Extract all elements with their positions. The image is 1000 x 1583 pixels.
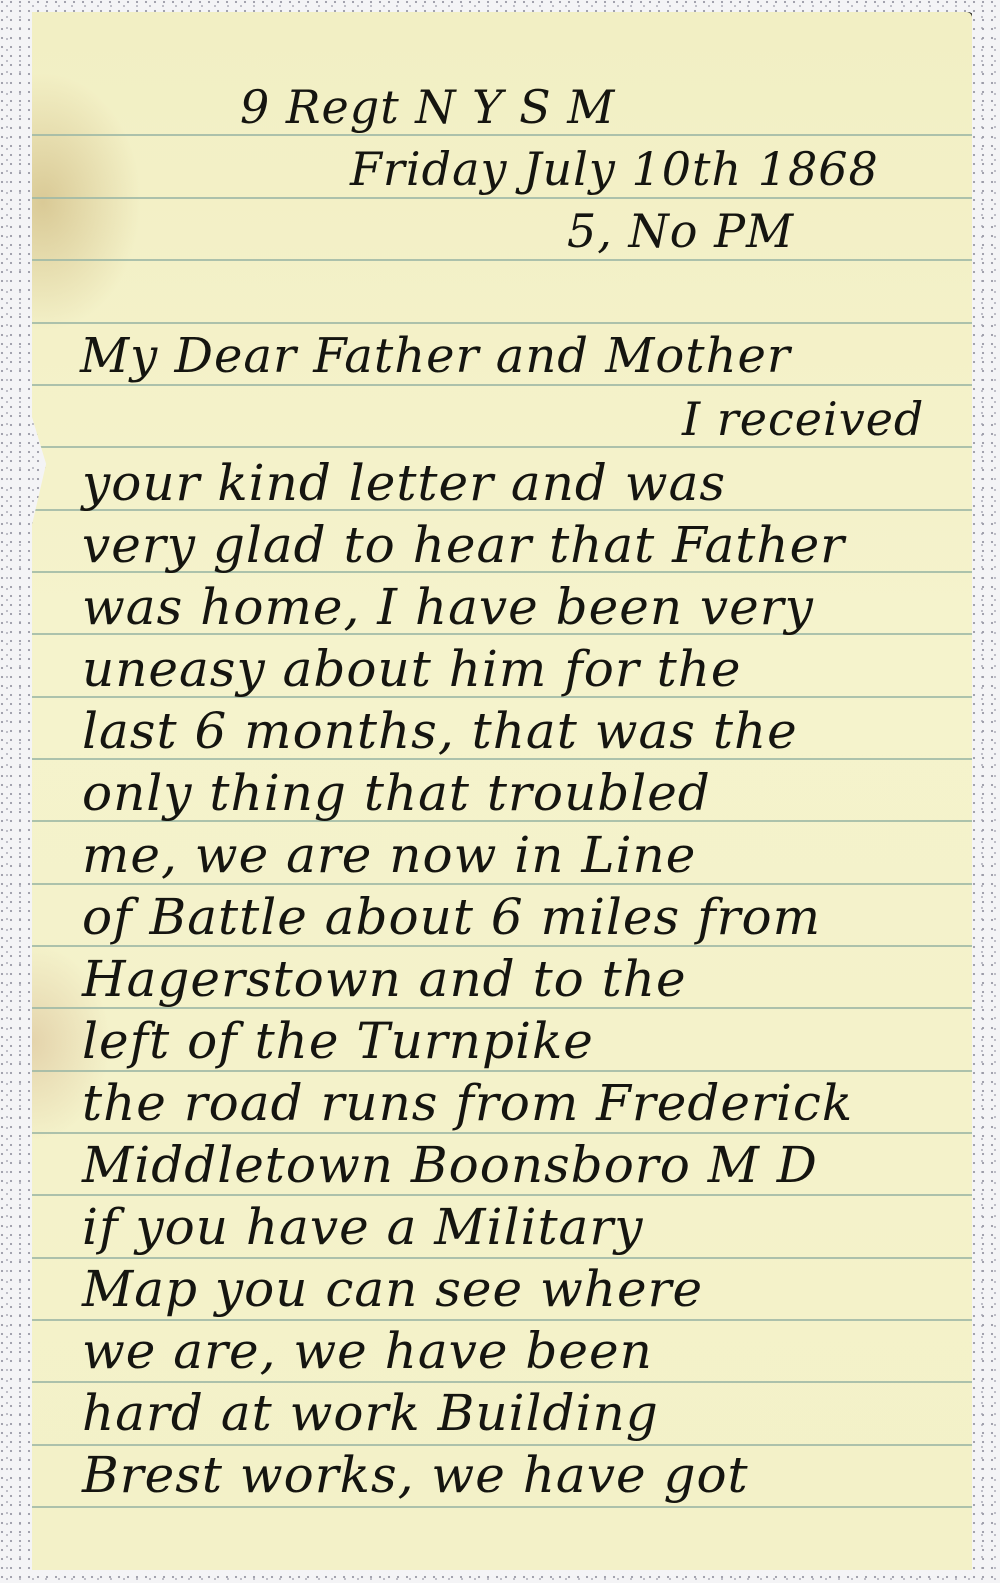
- letter-line: Hagerstown and to the: [82, 950, 687, 1008]
- letter-line: was home, I have been very: [82, 578, 814, 636]
- letter-line: last 6 months, that was the: [82, 702, 798, 760]
- letter-line: we are, we have been: [82, 1322, 653, 1380]
- ruled-line: [32, 1381, 972, 1383]
- letter-line: your kind letter and was: [82, 454, 726, 512]
- letter-line: the road runs from Frederick: [82, 1074, 853, 1132]
- letter-line: very glad to hear that Father: [82, 516, 845, 574]
- ruled-line: [32, 446, 972, 448]
- letter-line: Brest works, we have got: [82, 1446, 749, 1504]
- ruled-line: [32, 1132, 972, 1134]
- ruled-line: [32, 384, 972, 386]
- ruled-line: [32, 1257, 972, 1259]
- letter-line: only thing that troubled: [82, 764, 711, 822]
- ruled-line: [32, 1319, 972, 1321]
- letter-line: if you have a Military: [82, 1198, 644, 1256]
- letter-line: hard at work Building: [82, 1384, 659, 1442]
- ruled-line: [32, 1070, 972, 1072]
- header-time: 5, No PM: [567, 204, 794, 258]
- letter-line: uneasy about him for the: [82, 640, 742, 698]
- letter-line: of Battle about 6 miles from: [82, 888, 821, 946]
- stain: [32, 72, 142, 332]
- letter-page: 9 Regt N Y S M Friday July 10th 1868 5, …: [32, 12, 972, 1570]
- letter-line: I received: [682, 392, 924, 446]
- letter-line: Middletown Boonsboro M D: [82, 1136, 818, 1194]
- header-date: Friday July 10th 1868: [350, 142, 879, 196]
- ruled-line: [32, 1506, 972, 1508]
- letter-line: left of the Turnpike: [82, 1012, 594, 1070]
- letter-line: Map you can see where: [82, 1260, 703, 1318]
- letter-line: me, we are now in Line: [82, 826, 696, 884]
- ruled-line: [32, 197, 972, 199]
- ruled-line: [32, 322, 972, 324]
- header-unit: 9 Regt N Y S M: [240, 80, 615, 134]
- salutation: My Dear Father and Mother: [80, 328, 791, 384]
- ruled-line: [32, 1194, 972, 1196]
- ruled-line: [32, 134, 972, 136]
- ruled-line: [32, 259, 972, 261]
